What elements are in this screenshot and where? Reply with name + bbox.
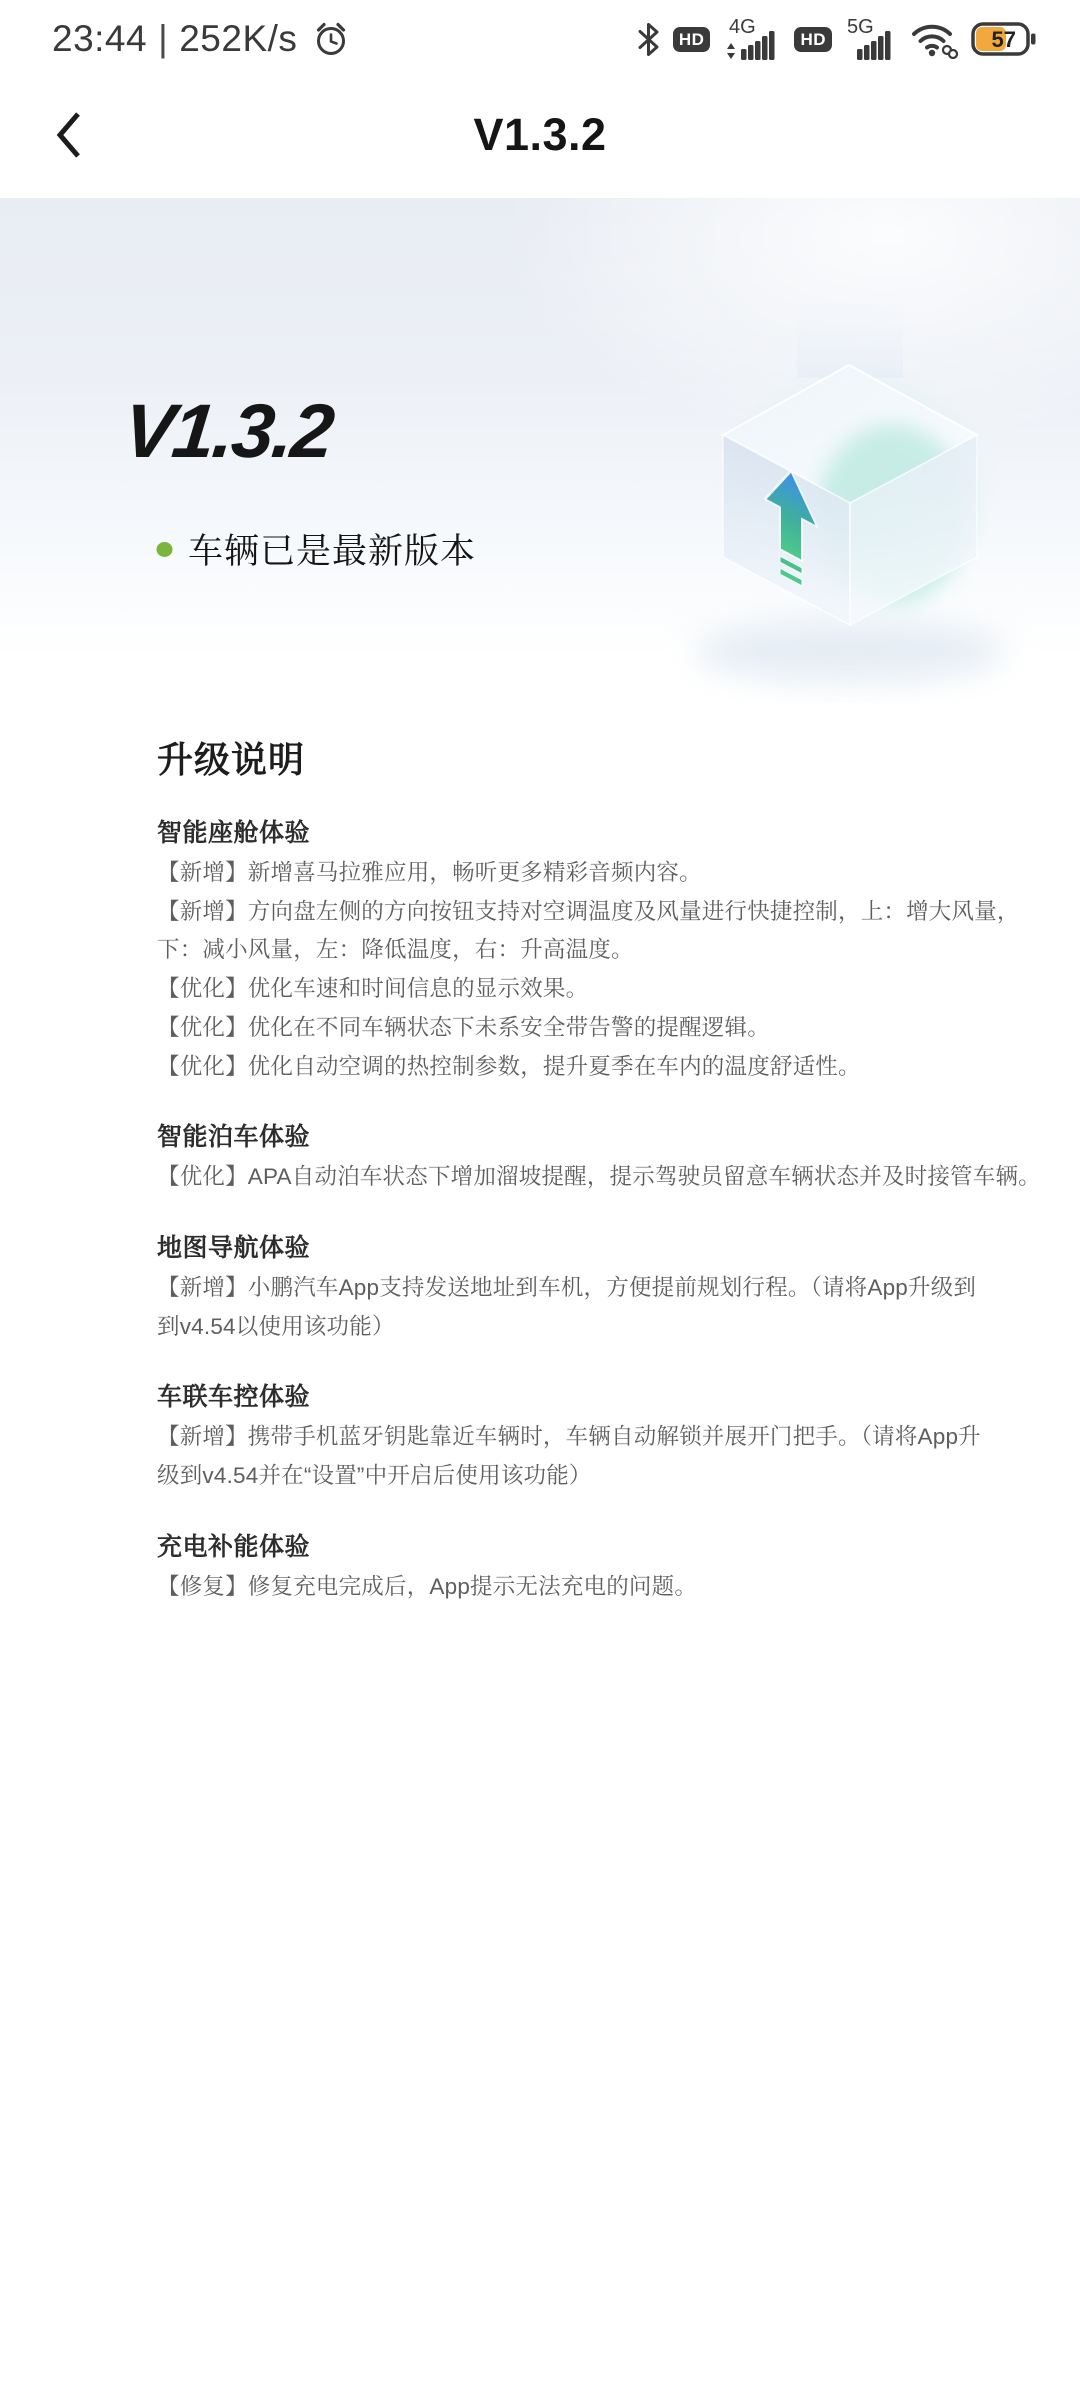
release-note-line: 【新增】小鹏汽车App支持发送地址到车机，方便提前规划行程。（请将App升级到 <box>157 1269 1008 1308</box>
release-note-line: 【优化】APA自动泊车状态下增加溜坡提醒，提示驾驶员留意车辆状态并及时接管车辆。 <box>157 1158 1008 1197</box>
clock-time: 23:44 <box>52 18 147 60</box>
update-status-text: 车辆已是最新版本 <box>188 524 476 574</box>
battery-indicator: 57 <box>971 22 1036 56</box>
section-heading: 智能泊车体验 <box>157 1120 1008 1154</box>
signal-4g-icon: 4G <box>723 16 781 62</box>
svg-text:5G: 5G <box>847 16 874 38</box>
status-divider: | <box>156 18 170 60</box>
release-note-section: 地图导航体验【新增】小鹏汽车App支持发送地址到车机，方便提前规划行程。（请将A… <box>157 1231 1008 1346</box>
release-note-section: 车联车控体验【新增】携带手机蓝牙钥匙靠近车辆时，车辆自动解锁并展开门把手。（请将… <box>157 1380 1008 1495</box>
release-note-section: 智能座舱体验【新增】新增喜马拉雅应用，畅听更多精彩音频内容。【新增】方向盘左侧的… <box>157 816 1008 1086</box>
release-note-section: 充电补能体验【修复】修复充电完成后，App提示无法充电的问题。 <box>157 1530 1008 1607</box>
update-status: 车辆已是最新版本 <box>156 524 476 574</box>
upgrade-cube-icon <box>645 253 1055 703</box>
hd-voice-badge-2: HD <box>794 27 832 52</box>
signal-5g-icon: 5G <box>845 16 897 62</box>
status-bar: 23:44 | 252K/s HD 4G HD 5G <box>0 0 1080 72</box>
section-heading: 充电补能体验 <box>157 1530 1008 1564</box>
release-note-line: 【新增】方向盘左侧的方向按钮支持对空调温度及风量进行快捷控制，上：增大风量， <box>157 893 1008 932</box>
hd-voice-badge: HD <box>673 27 711 52</box>
nav-header: V1.3.2 <box>0 72 1080 198</box>
release-note-section: 智能泊车体验【优化】APA自动泊车状态下增加溜坡提醒，提示驾驶员留意车辆状态并及… <box>157 1120 1008 1197</box>
status-left-group: 23:44 | 252K/s <box>52 18 350 60</box>
alarm-clock-icon <box>312 20 350 58</box>
release-note-line: 下：减小风量，左：降低温度，右：升高温度。 <box>157 931 1008 970</box>
release-notes-title: 升级说明 <box>157 738 1008 782</box>
bluetooth-icon <box>637 23 660 56</box>
release-note-line: 【优化】优化车速和时间信息的显示效果。 <box>157 970 1008 1009</box>
version-banner: V1.3.2 车辆已是最新版本 <box>0 198 1080 658</box>
network-speed: 252K/s <box>179 18 297 60</box>
back-button[interactable] <box>52 102 108 168</box>
section-heading: 地图导航体验 <box>157 1231 1008 1265</box>
release-note-line: 【新增】新增喜马拉雅应用，畅听更多精彩音频内容。 <box>157 854 1008 893</box>
page-title: V1.3.2 <box>473 109 606 161</box>
upgrade-arrow-icon <box>765 457 817 594</box>
section-heading: 智能座舱体验 <box>157 816 1008 850</box>
svg-text:4G: 4G <box>729 16 756 38</box>
release-notes: 升级说明 智能座舱体验【新增】新增喜马拉雅应用，畅听更多精彩音频内容。【新增】方… <box>0 738 1080 1606</box>
section-heading: 车联车控体验 <box>157 1380 1008 1414</box>
upgrade-cube-illustration <box>645 253 1055 703</box>
release-note-line: 【优化】优化自动空调的热控制参数，提升夏季在车内的温度舒适性。 <box>157 1048 1008 1087</box>
status-dot-icon <box>156 541 173 558</box>
battery-level: 57 <box>992 27 1016 52</box>
release-note-line: 【修复】修复充电完成后，App提示无法充电的问题。 <box>157 1568 1008 1607</box>
release-note-line: 到v4.54以使用该功能） <box>157 1308 1008 1347</box>
status-right-group: HD 4G HD 5G <box>637 16 1036 62</box>
version-text: V1.3.2 <box>120 394 336 470</box>
release-note-line: 【新增】携带手机蓝牙钥匙靠近车辆时，车辆自动解锁并展开门把手。（请将App升 <box>157 1418 1008 1457</box>
release-note-line: 【优化】优化在不同车辆状态下未系安全带告警的提醒逻辑。 <box>157 1009 1008 1048</box>
release-note-line: 级到v4.54并在“设置”中开启后使用该功能） <box>157 1457 1008 1496</box>
chevron-left-icon <box>52 109 84 161</box>
release-notes-sections: 智能座舱体验【新增】新增喜马拉雅应用，畅听更多精彩音频内容。【新增】方向盘左侧的… <box>157 816 1008 1606</box>
wifi-hotspot-icon <box>910 19 958 59</box>
